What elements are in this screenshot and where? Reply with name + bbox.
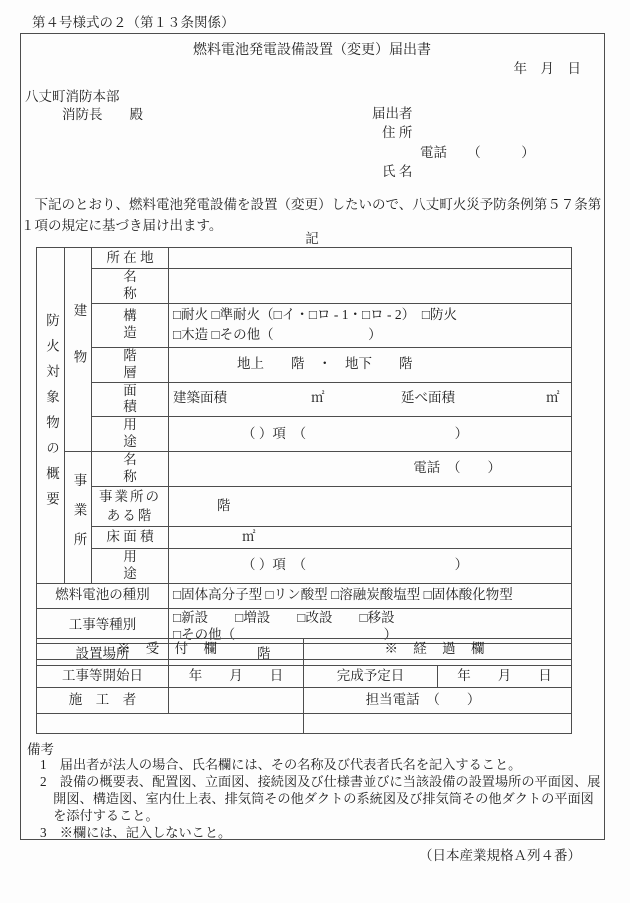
office-name-label: 名 称 [92,452,169,487]
stamp-table: ※ 受 付 欄 ※ 経 過 欄 [36,638,572,734]
remarks-label: 備考 [27,738,54,758]
document-page: 第４号様式の２（第１３条関係） 燃料電池発電設備設置（変更）届出書 年 月 日 … [0,0,630,903]
recipient-org: 八丈町消防本部 [25,85,120,105]
recipient-honorific: 消防長 殿 [62,103,143,123]
total-area-label: 延べ面積 [401,390,455,407]
office-use-value: （ ）項 （ ） [169,548,572,583]
building-name-label: 名 称 [92,269,169,304]
remark-item-2: 2 設備の概要表、配置図、立面図、接続図及び仕様書並びに当該設備の設置場所の平面… [40,773,615,824]
structure-checkboxes: □耐火 □準耐火（□イ・□ロ - 1・□ロ - 2） □防火 □木造 □その他（… [169,303,572,347]
vertical-header-fire-object: 防火対象物の概要 [37,248,65,584]
total-area-unit: ㎡ [546,390,560,407]
location-value-cell [169,248,572,269]
floors-value: 地上 階 ・ 地下 階 [169,347,572,382]
form-title: 燃料電池発電設備設置（変更）届出書 [20,39,604,59]
notifier-label: 届出者 [372,102,413,122]
form-number: 第４号様式の２（第１３条関係） [32,11,235,31]
floor-area-label: 床 面 積 [92,526,169,548]
remark-item-3: 3 ※欄には、記入しないこと。 [40,824,615,841]
building-name-value-cell [169,269,572,304]
remarks-list: 1 届出者が法人の場合、氏名欄には、その名称及び代表者氏名を記入すること。 2 … [40,756,615,841]
floor-area-value: ㎡ [169,526,572,548]
date-placeholder: 年 月 日 [514,57,582,77]
office-phone-label: 電話 （ ） [169,452,572,487]
remark-item-1: 1 届出者が法人の場合、氏名欄には、その名称及び代表者氏名を記入すること。 [40,756,615,773]
location-label: 所 在 地 [92,248,169,269]
area-value-cell: 建築面積 ㎡ 延べ面積 ㎡ [169,382,572,417]
floors-label: 階 層 [92,347,169,382]
progress-blank-cell [304,660,572,734]
area-label: 面 積 [92,382,169,417]
reception-column-header: ※ 受 付 欄 [37,639,304,660]
record-mark: 記 [20,227,604,247]
building-use-label: 用 途 [92,417,169,452]
vertical-header-office: 事業所 [65,452,92,584]
notifier-name-label: 氏 名 [382,160,412,180]
progress-column-header: ※ 経 過 欄 [304,639,572,660]
notifier-phone-label: 電話 （ ） [420,141,535,161]
fuel-cell-type-checkboxes: □固体高分子型 □リン酸型 □溶融炭酸塩型 □固体酸化物型 [169,583,572,608]
office-floor-value: 階 [169,486,572,526]
building-use-value: （ ）項 （ ） [169,417,572,452]
building-area-label: 建築面積 [173,390,227,407]
reception-blank-cell [37,660,304,734]
office-use-label: 用 途 [92,548,169,583]
vertical-header-building: 建物 [65,248,92,452]
fuel-cell-type-label: 燃料電池の種別 [37,583,169,608]
jis-size-note: （日本産業規格Ａ列４番） [419,844,581,864]
office-floor-label: 事業所の ある階 [92,486,169,526]
structure-label: 構 造 [92,303,169,347]
building-area-unit: ㎡ [311,390,325,407]
notifier-address-label: 住 所 [382,121,412,141]
